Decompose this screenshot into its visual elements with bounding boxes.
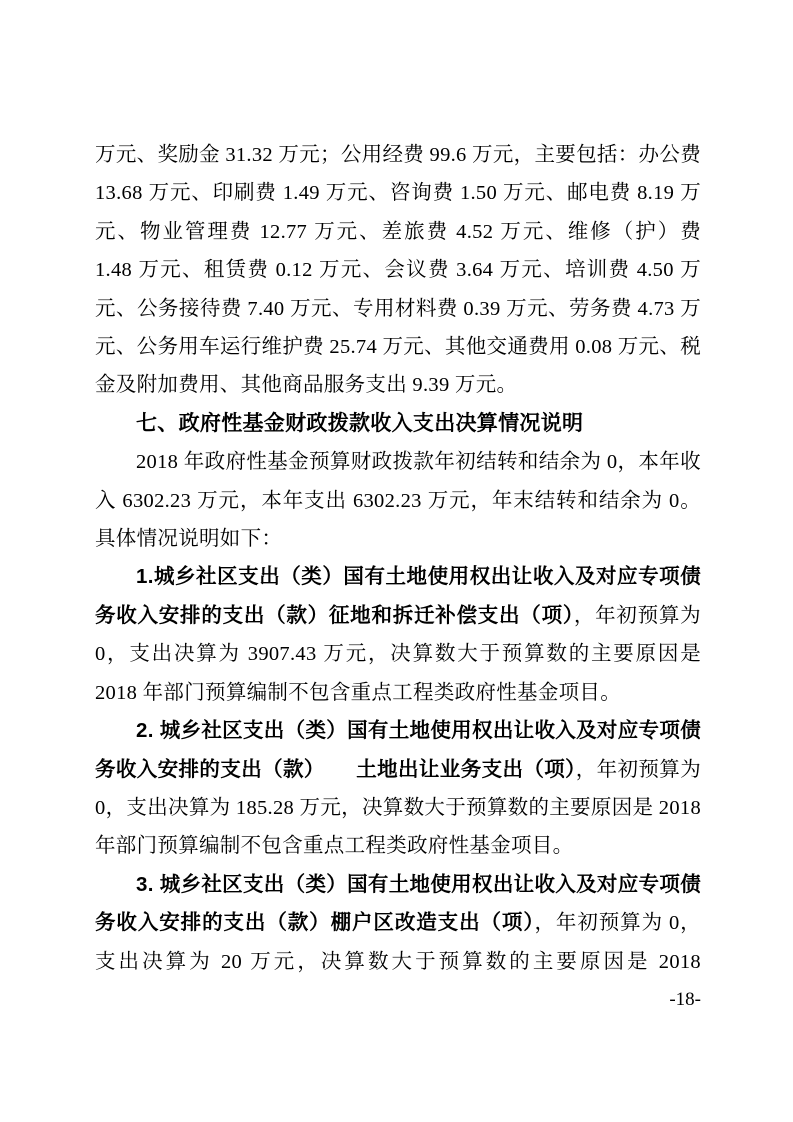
body-text: 万元、奖励金 31.32 万元；公用经费 99.6 万元，主要包括：办公费 13… [95,144,701,396]
paragraph-fund-overview: 2018 年政府性基金预算财政拨款年初结转和结余为 0，本年收入 6302.23… [95,443,701,558]
paragraph-item-1: 1.城乡社区支出（类）国有土地使用权出让收入及对应专项债务收入安排的支出（款）征… [95,558,701,712]
section-heading: 七、政府性基金财政拨款收入支出决算情况说明 [95,405,701,443]
document-page: 万元、奖励金 31.32 万元；公用经费 99.6 万元，主要包括：办公费 13… [0,0,793,1122]
page-number: -18- [669,989,701,1010]
body-text: 2018 年政府性基金预算财政拨款年初结转和结余为 0，本年收入 6302.23… [95,451,701,550]
paragraph-expense-breakdown: 万元、奖励金 31.32 万元；公用经费 99.6 万元，主要包括：办公费 13… [95,136,701,405]
document-body: 万元、奖励金 31.32 万元；公用经费 99.6 万元，主要包括：办公费 13… [95,136,701,981]
paragraph-item-3: 3. 城乡社区支出（类）国有土地使用权出让收入及对应专项债务收入安排的支出（款）… [95,866,701,981]
section-heading-text: 七、政府性基金财政拨款收入支出决算情况说明 [136,412,583,435]
page-footer: -18- [669,988,701,1012]
paragraph-item-2: 2. 城乡社区支出（类）国有土地使用权出让收入及对应专项债务收入安排的支出（款）… [95,712,701,866]
